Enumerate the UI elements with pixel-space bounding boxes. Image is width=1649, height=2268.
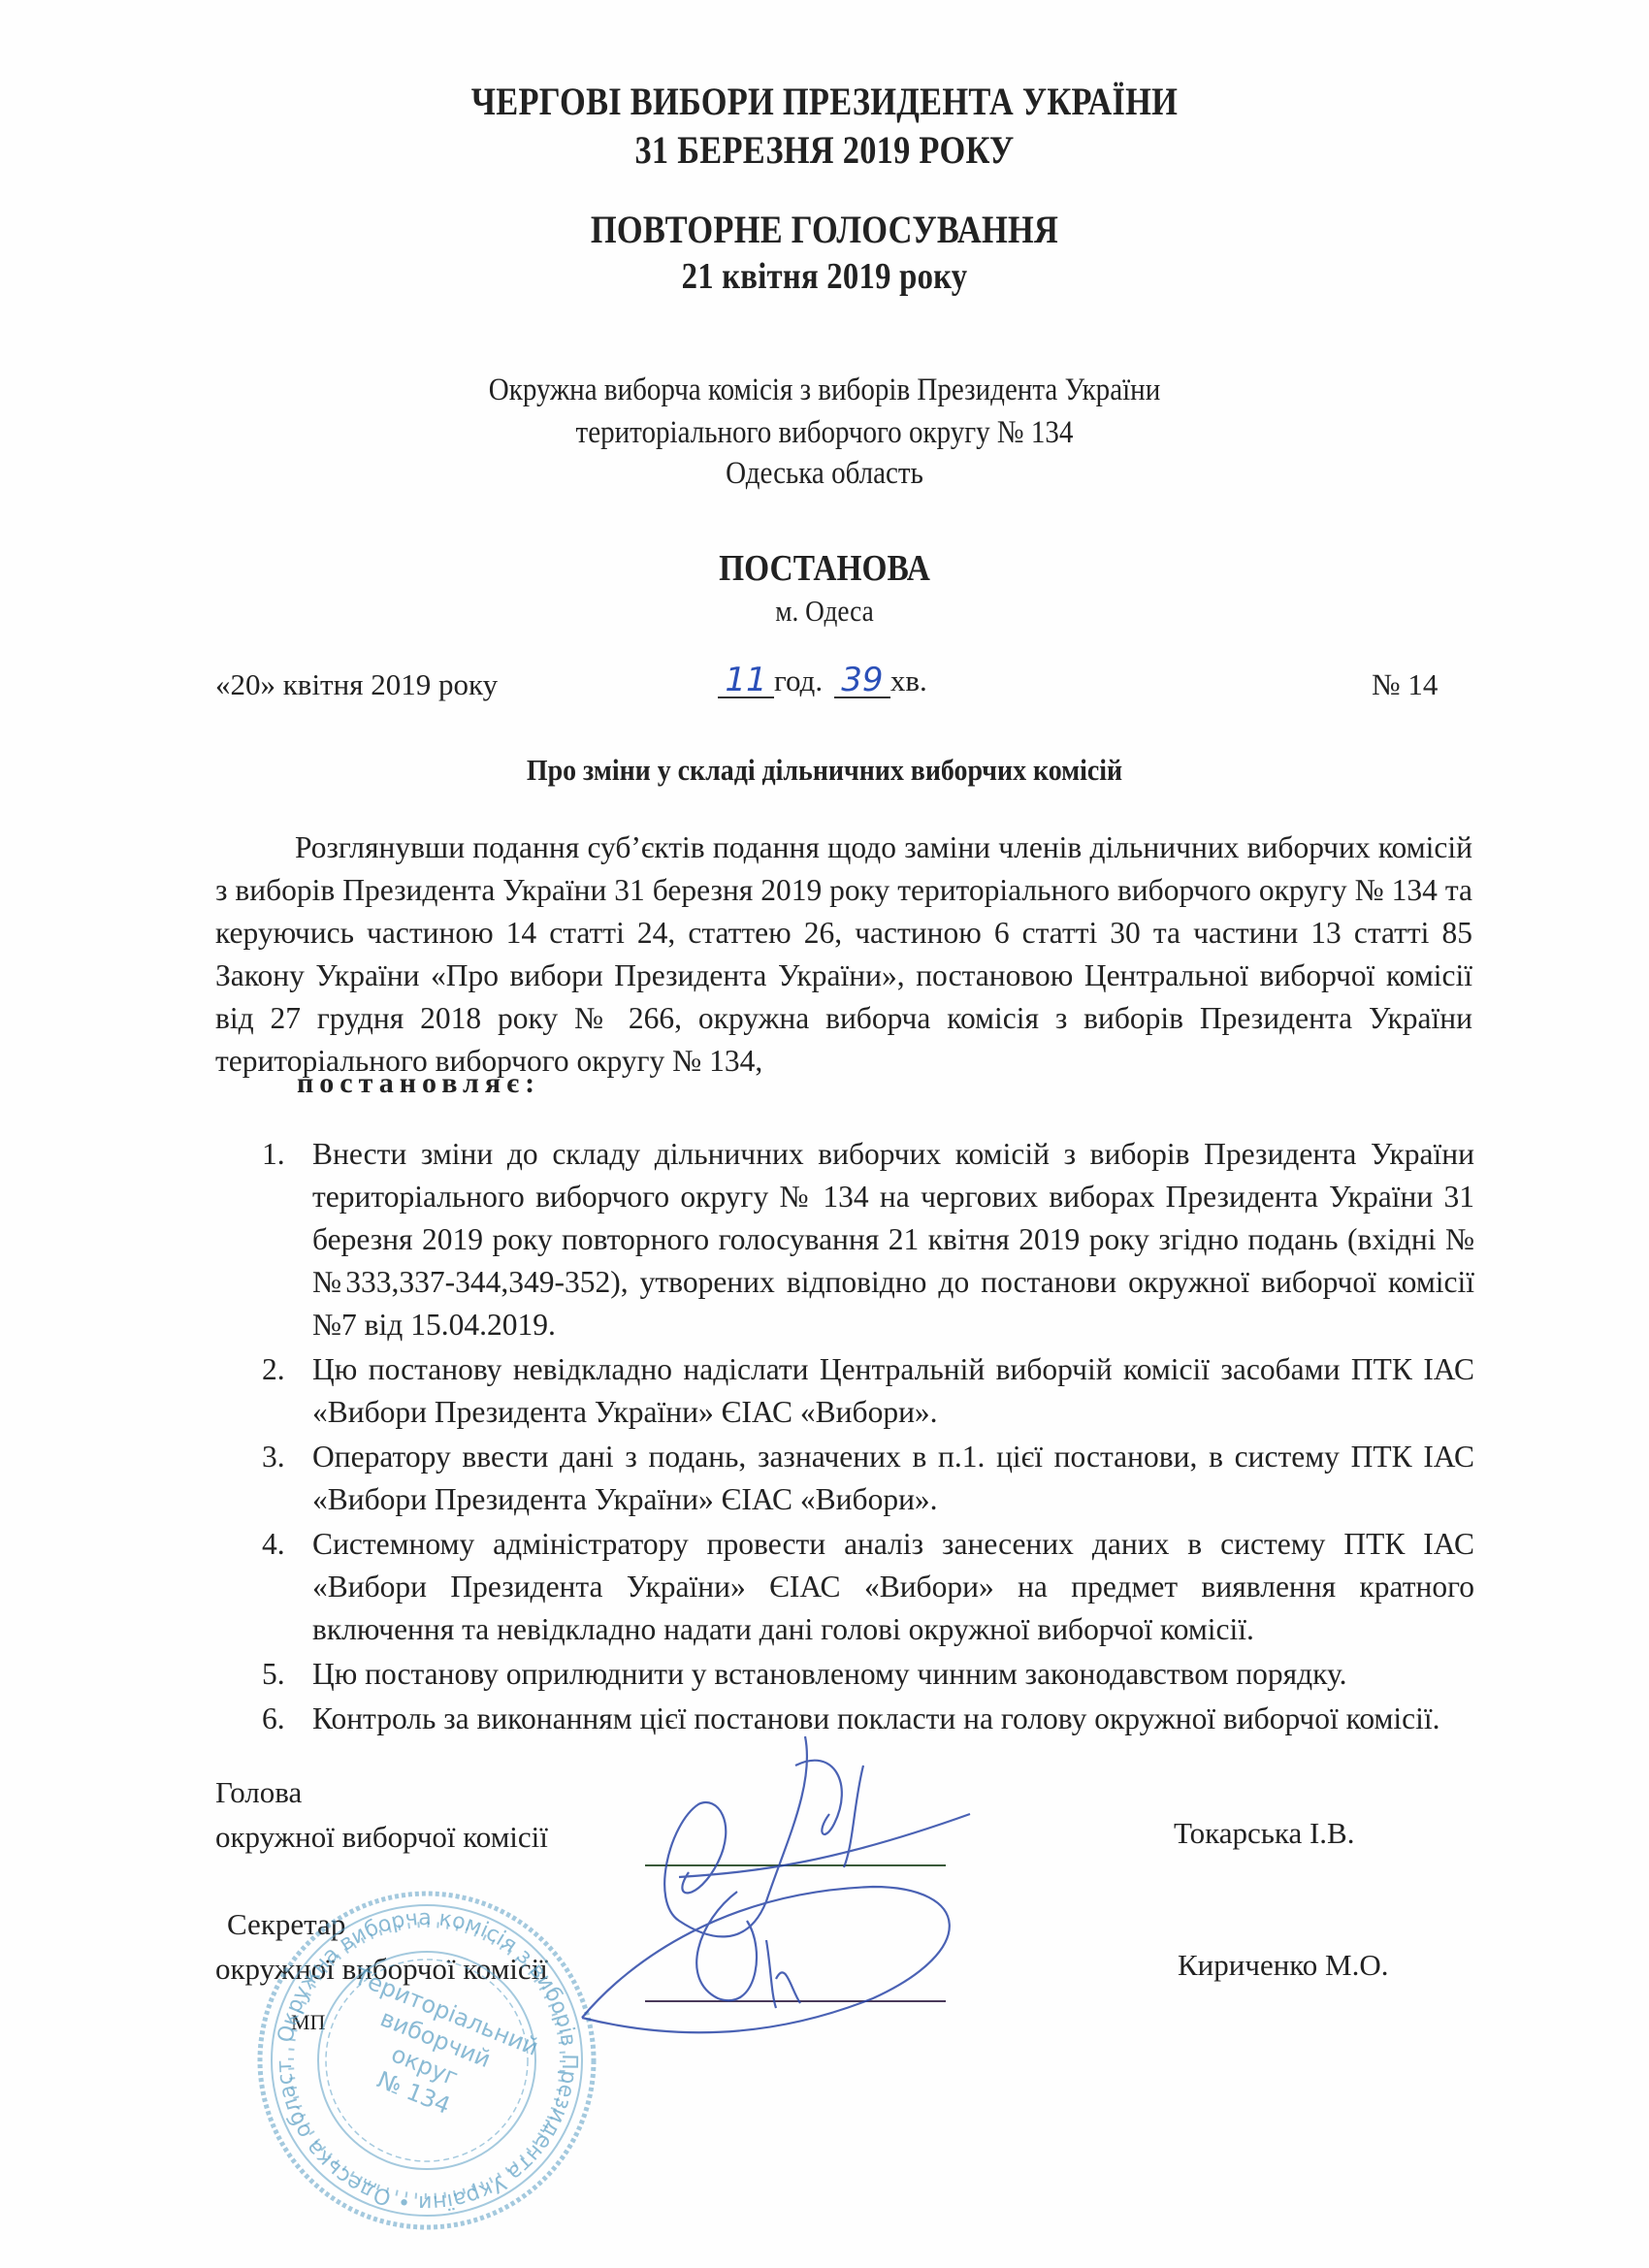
resolves-label: постановляє: xyxy=(297,1067,540,1100)
minute-handwritten: 39 xyxy=(834,664,890,698)
svg-text:№ 134: № 134 xyxy=(373,2066,454,2120)
runoff-date: 21 квітня 2019 року xyxy=(115,250,1534,303)
list-item: 5.Цю постанову оприлюднити у встановлено… xyxy=(262,1653,1474,1696)
election-title: ЧЕРГОВІ ВИБОРИ ПРЕЗИДЕНТА УКРАЇНИ xyxy=(115,76,1534,128)
list-item: 4.Системному адміністратору провести ана… xyxy=(262,1523,1474,1651)
svg-text:виборчий: виборчий xyxy=(376,2004,495,2073)
chair-role-line1: Голова xyxy=(215,1771,302,1814)
document-page: ЧЕРГОВІ ВИБОРИ ПРЕЗИДЕНТА УКРАЇНИ 31 БЕР… xyxy=(0,0,1649,2268)
document-subject: Про зміни у складі дільничних виборчих к… xyxy=(82,753,1567,788)
hour-label: год. xyxy=(774,664,823,697)
document-number: № 14 xyxy=(1372,667,1438,702)
svg-text:округ: округ xyxy=(387,2040,462,2091)
svg-text:Окружна виборча комісія з вибо: Окружна виборча комісія з виборів Презид… xyxy=(0,0,581,2215)
secretary-role-line1: Секретар xyxy=(227,1903,345,1946)
commission-name: Окружна виборча комісія з виборів Презид… xyxy=(99,369,1550,411)
document-date: «20» квітня 2019 року xyxy=(215,667,498,702)
chair-name: Токарська І.В. xyxy=(1174,1816,1354,1851)
list-item: 2.Цю постанову невідкладно надіслати Цен… xyxy=(262,1348,1474,1434)
preamble-paragraph: Розглянувши подання суб’єктів подання що… xyxy=(215,826,1472,1083)
list-item: 6.Контроль за виконанням цієї постанови … xyxy=(262,1698,1474,1740)
document-type: ПОСТАНОВА xyxy=(99,547,1550,590)
hour-handwritten: 11 xyxy=(718,664,774,698)
document-city: м. Одеса xyxy=(99,594,1550,629)
secretary-signature-line xyxy=(645,2000,946,2002)
runoff-title: ПОВТОРНЕ ГОЛОСУВАННЯ xyxy=(115,204,1534,256)
minute-label: хв. xyxy=(890,664,927,697)
chair-signature-line xyxy=(645,1864,946,1866)
list-item: 3.Оператору ввести дані з подань, зазнач… xyxy=(262,1436,1474,1521)
region-name: Одеська область xyxy=(99,452,1550,495)
stamp-place-label: МП xyxy=(291,2010,325,2035)
list-item: 1.Внести зміни до складу дільничних вибо… xyxy=(262,1133,1474,1346)
secretary-name: Кириченко М.О. xyxy=(1178,1948,1388,1983)
resolution-items: 1.Внести зміни до складу дільничних вибо… xyxy=(262,1133,1474,1742)
document-time: 11год. 39хв. xyxy=(718,664,927,698)
chair-role-line2: окружної виборчої комісії xyxy=(215,1816,548,1859)
election-date: 31 БЕРЕЗНЯ 2019 РОКУ xyxy=(115,124,1534,177)
district-name: територіального виборчого округу № 134 xyxy=(99,411,1550,454)
secretary-role-line2: окружної виборчої комісії xyxy=(215,1948,548,1991)
